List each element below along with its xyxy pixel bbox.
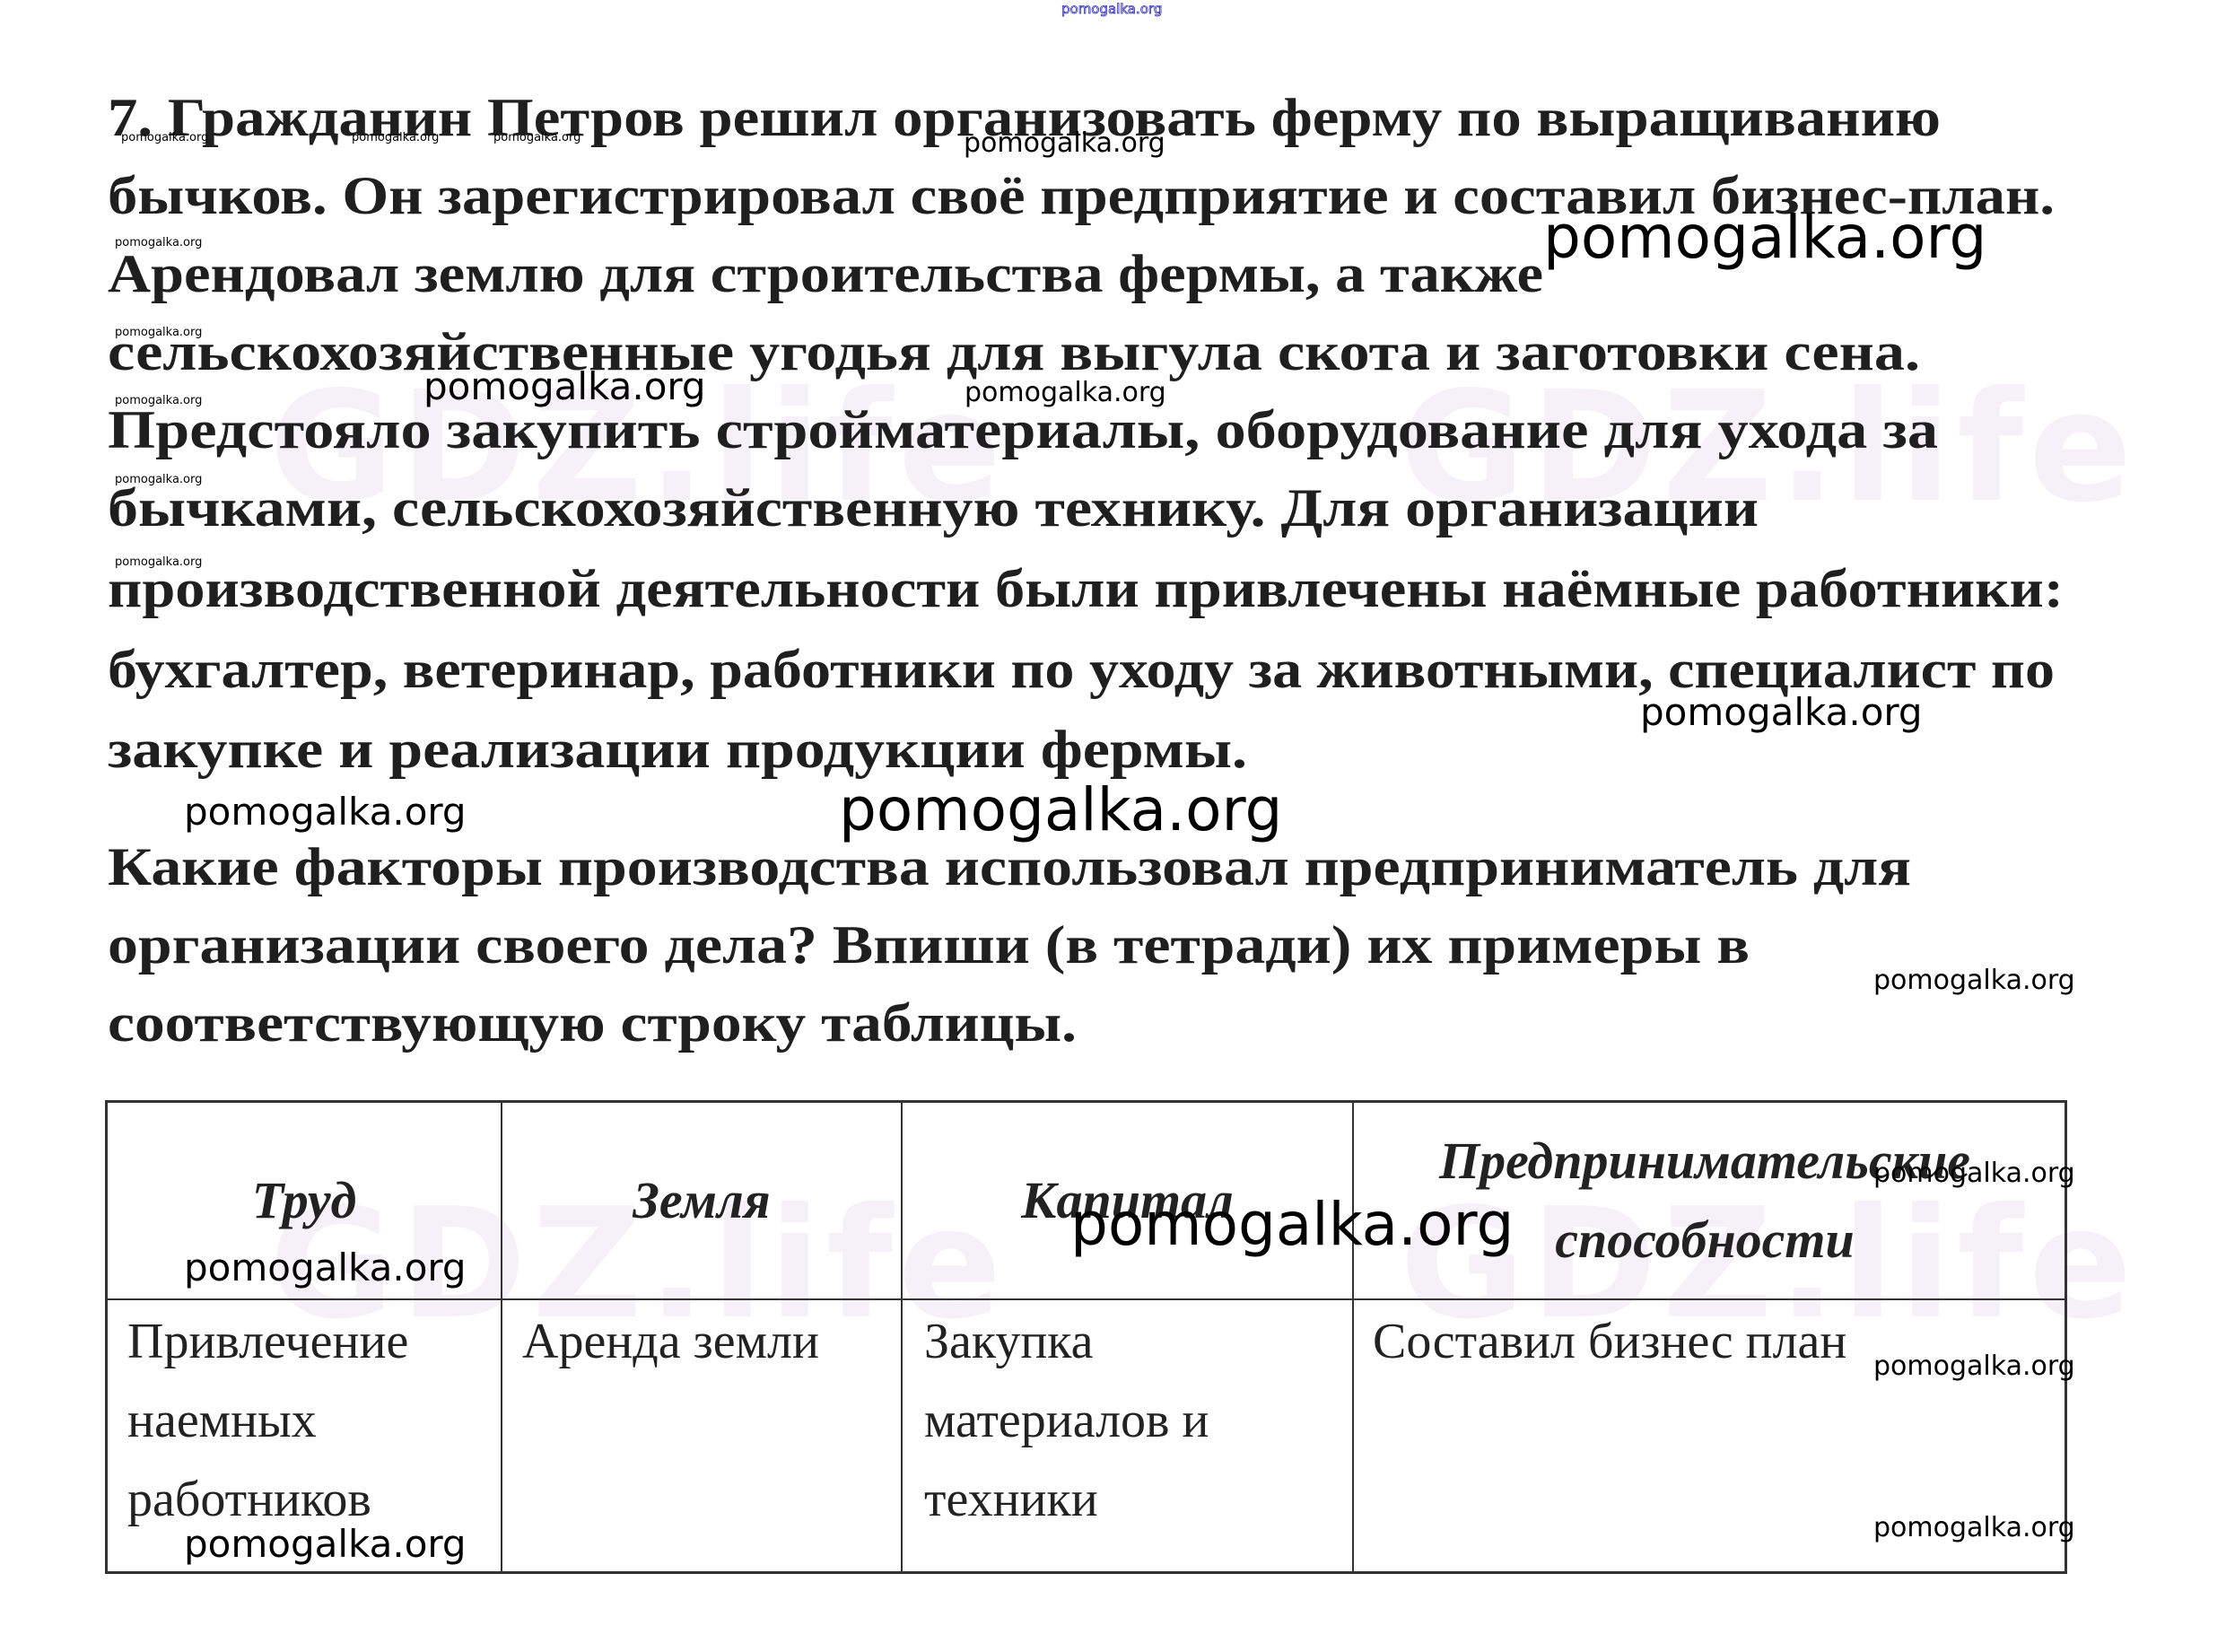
watermark: pomogalka.org	[115, 556, 202, 568]
watermark: pomogalka.org	[352, 132, 439, 144]
cell-line: Составил бизнес план	[1373, 1302, 1846, 1381]
watermark: pomogalka.org	[115, 237, 202, 249]
watermark: pomogalka.org	[964, 130, 1165, 157]
task-line: сельскохозяйственные угодья для выгула с…	[108, 325, 1920, 379]
watermark: pomogalka.org	[839, 781, 1282, 840]
watermark: pomogalka.org	[184, 793, 467, 831]
watermark: pomogalka.org	[115, 327, 202, 338]
cell-entrepreneurship: Составил бизнес план	[1373, 1302, 1846, 1381]
watermark: pomogalka.org	[184, 1525, 467, 1563]
watermark: pomogalka.org	[1873, 1160, 2075, 1187]
header-divider	[108, 1298, 2065, 1300]
cell-line: Аренда земли	[522, 1302, 819, 1381]
task-line: бухгалтер, ветеринар, работники по уходу…	[108, 642, 2055, 696]
column-divider	[1352, 1103, 1354, 1571]
question-line: соответствующую строку таблицы.	[108, 996, 1077, 1050]
cell-line: наемных	[127, 1381, 408, 1460]
top-watermark: pomogalka.org	[1061, 3, 1162, 16]
cell-line: Привлечение	[127, 1302, 408, 1381]
cell-capital: Закупка материалов и техники	[924, 1302, 1209, 1539]
header-land: Земля	[502, 1103, 901, 1298]
factors-table: Труд Земля Капитал Предпринимательские с…	[105, 1100, 2067, 1574]
task-line: производственной деятельности были привл…	[108, 562, 2064, 616]
task-line: Арендовал землю для строительства фермы,…	[108, 247, 1543, 301]
question-line: организации своего дела? Впиши (в тетрад…	[108, 918, 1750, 972]
watermark: pomogalka.org	[115, 474, 202, 485]
document-page: GDZ.life GDZ.life GDZ.life GDZ.life pomo…	[0, 0, 2226, 1652]
cell-line: техники	[924, 1460, 1209, 1539]
watermark: pomogalka.org	[1070, 1195, 1514, 1254]
watermark: pomogalka.org	[1873, 1515, 2075, 1542]
task-line: закупке и реализации продукции фермы.	[108, 722, 1247, 776]
task-line: бычками, сельскохозяйственную технику. Д…	[108, 481, 1759, 535]
question-line: Какие факторы производства использовал п…	[108, 840, 1911, 894]
watermark: pomogalka.org	[115, 395, 202, 406]
watermark: pomogalka.org	[423, 368, 706, 406]
watermark: pomogalka.org	[493, 132, 581, 144]
watermark: pomogalka.org	[121, 132, 208, 144]
cell-line: материалов и	[924, 1381, 1209, 1460]
cell-labor: Привлечение наемных работников	[127, 1302, 408, 1539]
watermark: pomogalka.org	[1543, 208, 1986, 267]
cell-land: Аренда земли	[522, 1302, 819, 1381]
watermark: pomogalka.org	[1873, 1353, 2075, 1380]
watermark: pomogalka.org	[184, 1249, 467, 1287]
watermark: pomogalka.org	[965, 380, 1166, 406]
cell-line: Закупка	[924, 1302, 1209, 1381]
watermark: pomogalka.org	[1640, 694, 1923, 731]
task-line: Предстояло закупить стройматериалы, обор…	[108, 403, 1938, 457]
watermark: pomogalka.org	[1873, 967, 2075, 994]
